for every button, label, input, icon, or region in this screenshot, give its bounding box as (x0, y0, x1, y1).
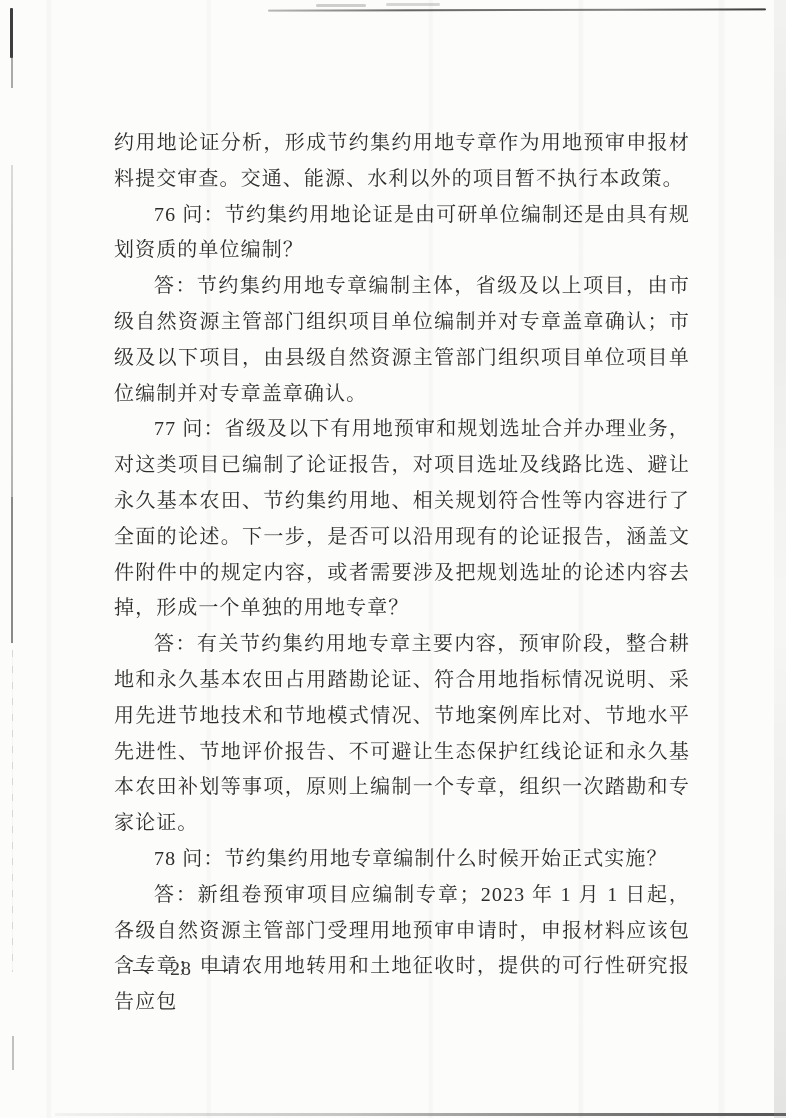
scan-artifact-left-edge-line (11, 165, 13, 497)
scanned-document-page: 约用地论证分析，形成节约集约用地专章作为用地预审申报材料提交审查。交通、能源、水… (0, 0, 786, 1118)
document-body: 约用地论证分析，形成节约集约用地专章作为用地预审申报材料提交审查。交通、能源、水… (114, 126, 690, 1021)
paragraph-continuation: 约用地论证分析，形成节约集约用地专章作为用地预审申报材料提交审查。交通、能源、水… (114, 126, 690, 198)
scan-artifact-left-edge-line (11, 56, 13, 88)
scan-artifact-left-edge-line (12, 1036, 14, 1070)
paragraph-question-78: 78 问：节约集约用地专章编制什么时候开始正式实施？ (114, 842, 690, 878)
scan-artifact-right-edge-shadow (774, 0, 786, 1118)
paragraph-answer-76: 答：节约集约用地专章编制主体，省级及以上项目，由市级自然资源主管部门组织项目单位… (114, 269, 690, 412)
scan-artifact-top-edge-line (268, 8, 766, 11)
scan-artifact-left-edge-line (11, 497, 13, 643)
scan-artifact-top-smudge (386, 3, 440, 6)
scan-artifact-top-smudge (316, 4, 366, 7)
page-number: — 28 — (133, 958, 229, 981)
scan-artifact-left-edge-line (10, 8, 13, 58)
paragraph-question-76: 76 问：节约集约用地论证是由可研单位编制还是由具有规划资质的单位编制？ (114, 198, 690, 270)
paragraph-answer-78: 答：新组卷预审项目应编制专章；2023 年 1 月 1 日起，各级自然资源主管部… (114, 878, 690, 1021)
scan-artifact-left-edge-line (12, 650, 13, 972)
paragraph-answer-77: 答：有关节约集约用地专章主要内容，预审阶段，整合耕地和永久基本农田占用踏勘论证、… (114, 627, 690, 842)
paragraph-question-77: 77 问：省级及以下有用地预审和规划选址合并办理业务，对这类项目已编制了论证报告… (114, 412, 690, 627)
scan-artifact-bottom-edge-line (55, 1113, 786, 1116)
